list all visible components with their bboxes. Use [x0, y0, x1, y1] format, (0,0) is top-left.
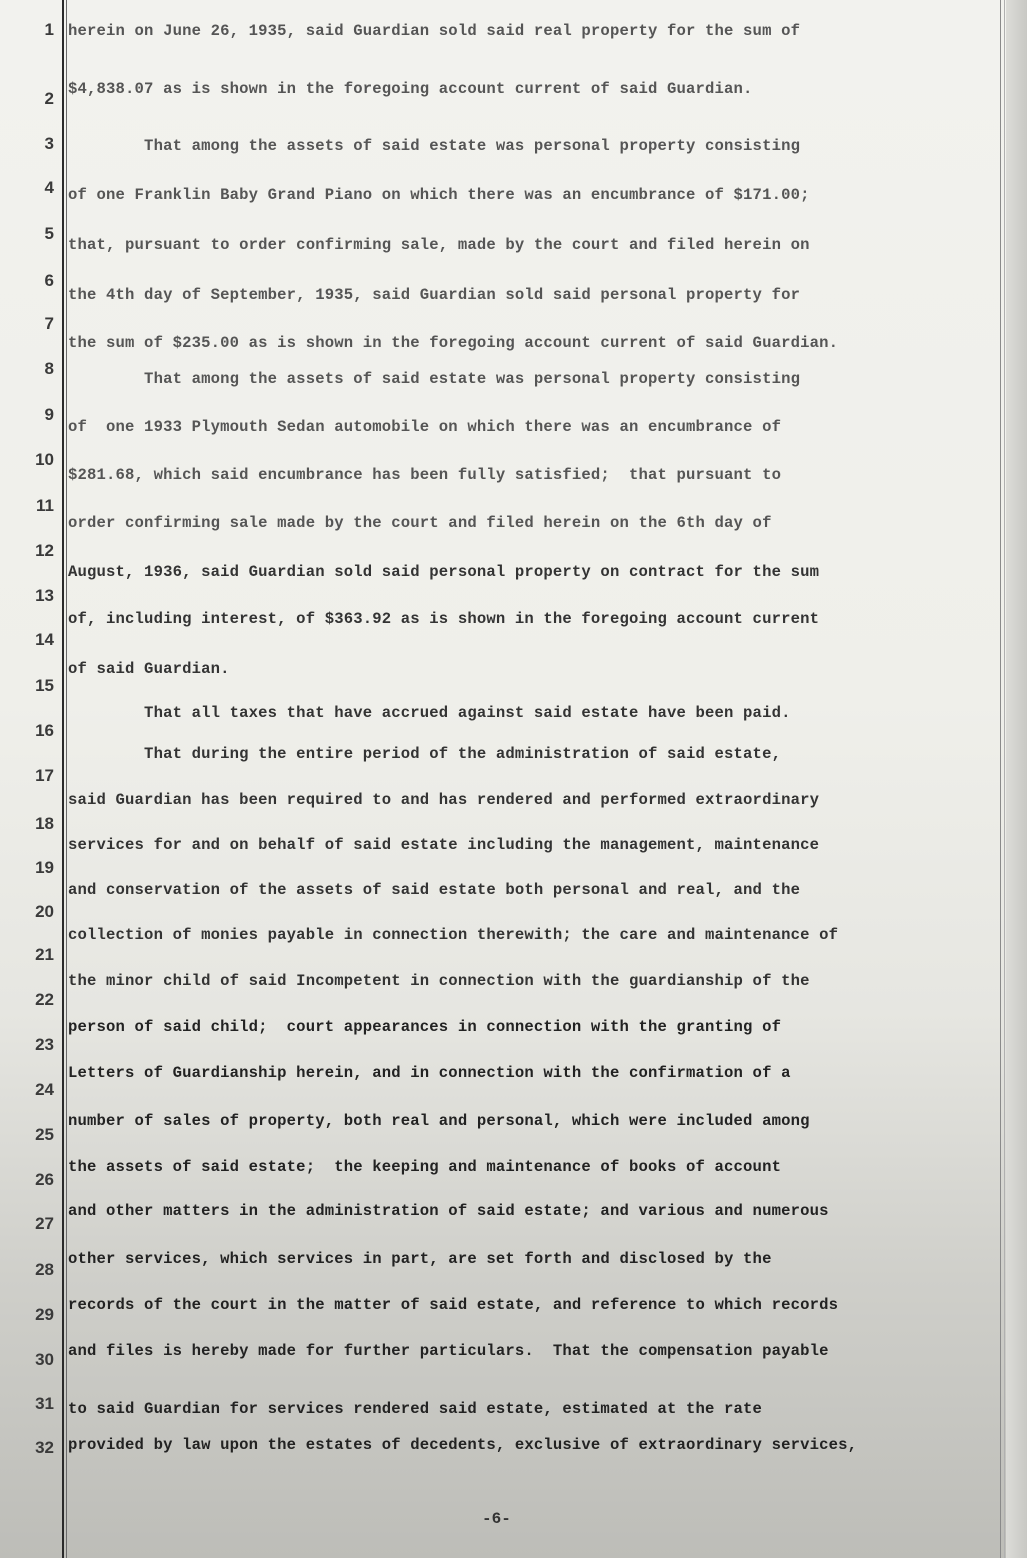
line-number: 18 [18, 814, 54, 834]
line-number: 10 [18, 450, 54, 470]
line-number: 23 [18, 1035, 54, 1055]
line-number: 27 [18, 1214, 54, 1234]
text-line: order confirming sale made by the court … [68, 514, 772, 532]
text-line: of one 1933 Plymouth Sedan automobile on… [68, 418, 781, 436]
line-number: 30 [18, 1350, 54, 1370]
text-line: That among the assets of said estate was… [68, 137, 800, 155]
line-number: 7 [18, 314, 54, 334]
left-margin-rule-inner [66, 0, 67, 1558]
text-line: person of said child; court appearances … [68, 1018, 781, 1036]
text-line: provided by law upon the estates of dece… [68, 1436, 857, 1454]
text-line: and other matters in the administration … [68, 1202, 829, 1220]
line-number: 12 [18, 541, 54, 561]
text-line: of, including interest, of $363.92 as is… [68, 610, 819, 628]
line-number: 6 [18, 271, 54, 291]
text-line: Letters of Guardianship herein, and in c… [68, 1064, 791, 1082]
line-number: 13 [18, 586, 54, 606]
text-line: that, pursuant to order confirming sale,… [68, 236, 810, 254]
line-number: 15 [18, 676, 54, 696]
text-line: the sum of $235.00 as is shown in the fo… [68, 334, 838, 352]
text-line: collection of monies payable in connecti… [68, 926, 838, 944]
line-number: 1 [18, 20, 54, 40]
line-number: 25 [18, 1125, 54, 1145]
line-number: 16 [18, 721, 54, 741]
text-line: That all taxes that have accrued against… [68, 704, 791, 722]
line-number: 32 [18, 1438, 54, 1458]
text-line: and conservation of the assets of said e… [68, 881, 800, 899]
line-number: 24 [18, 1080, 54, 1100]
line-number: 26 [18, 1170, 54, 1190]
text-line: August, 1936, said Guardian sold said pe… [68, 563, 819, 581]
line-number: 28 [18, 1260, 54, 1280]
line-number: 14 [18, 630, 54, 650]
text-line: That among the assets of said estate was… [68, 370, 800, 388]
page-edge-shadow [1006, 0, 1027, 1558]
document-page: 1 2 3 4 5 6 7 8 9 10 11 12 13 14 15 16 1… [0, 0, 1027, 1558]
text-line: herein on June 26, 1935, said Guardian s… [68, 22, 800, 40]
line-number: 19 [18, 858, 54, 878]
line-number: 31 [18, 1394, 54, 1414]
line-number: 9 [18, 405, 54, 425]
right-margin-rule [1000, 0, 1001, 1558]
text-line: to said Guardian for services rendered s… [68, 1400, 762, 1418]
line-number: 22 [18, 990, 54, 1010]
text-line: the assets of said estate; the keeping a… [68, 1158, 781, 1176]
text-line: services for and on behalf of said estat… [68, 836, 819, 854]
line-number: 20 [18, 902, 54, 922]
line-number: 11 [18, 496, 54, 516]
text-line: number of sales of property, both real a… [68, 1112, 810, 1130]
line-number: 8 [18, 359, 54, 379]
line-number: 21 [18, 945, 54, 965]
text-line: That during the entire period of the adm… [68, 745, 781, 763]
line-number: 3 [18, 134, 54, 154]
text-line: of said Guardian. [68, 660, 230, 678]
text-line: said Guardian has been required to and h… [68, 791, 819, 809]
text-line: other services, which services in part, … [68, 1250, 772, 1268]
text-line: and files is hereby made for further par… [68, 1342, 829, 1360]
text-line: of one Franklin Baby Grand Piano on whic… [68, 186, 810, 204]
page-number: -6- [482, 1510, 511, 1528]
left-margin-rule [62, 0, 64, 1558]
text-line: $4,838.07 as is shown in the foregoing a… [68, 80, 753, 98]
line-number: 29 [18, 1305, 54, 1325]
right-margin-rule-outer [1004, 0, 1005, 1558]
text-line: $281.68, which said encumbrance has been… [68, 466, 781, 484]
line-number: 2 [18, 89, 54, 109]
line-number: 4 [18, 178, 54, 198]
text-line: the minor child of said Incompetent in c… [68, 972, 810, 990]
text-line: records of the court in the matter of sa… [68, 1296, 838, 1314]
line-number: 17 [18, 766, 54, 786]
line-number: 5 [18, 224, 54, 244]
text-line: the 4th day of September, 1935, said Gua… [68, 286, 800, 304]
